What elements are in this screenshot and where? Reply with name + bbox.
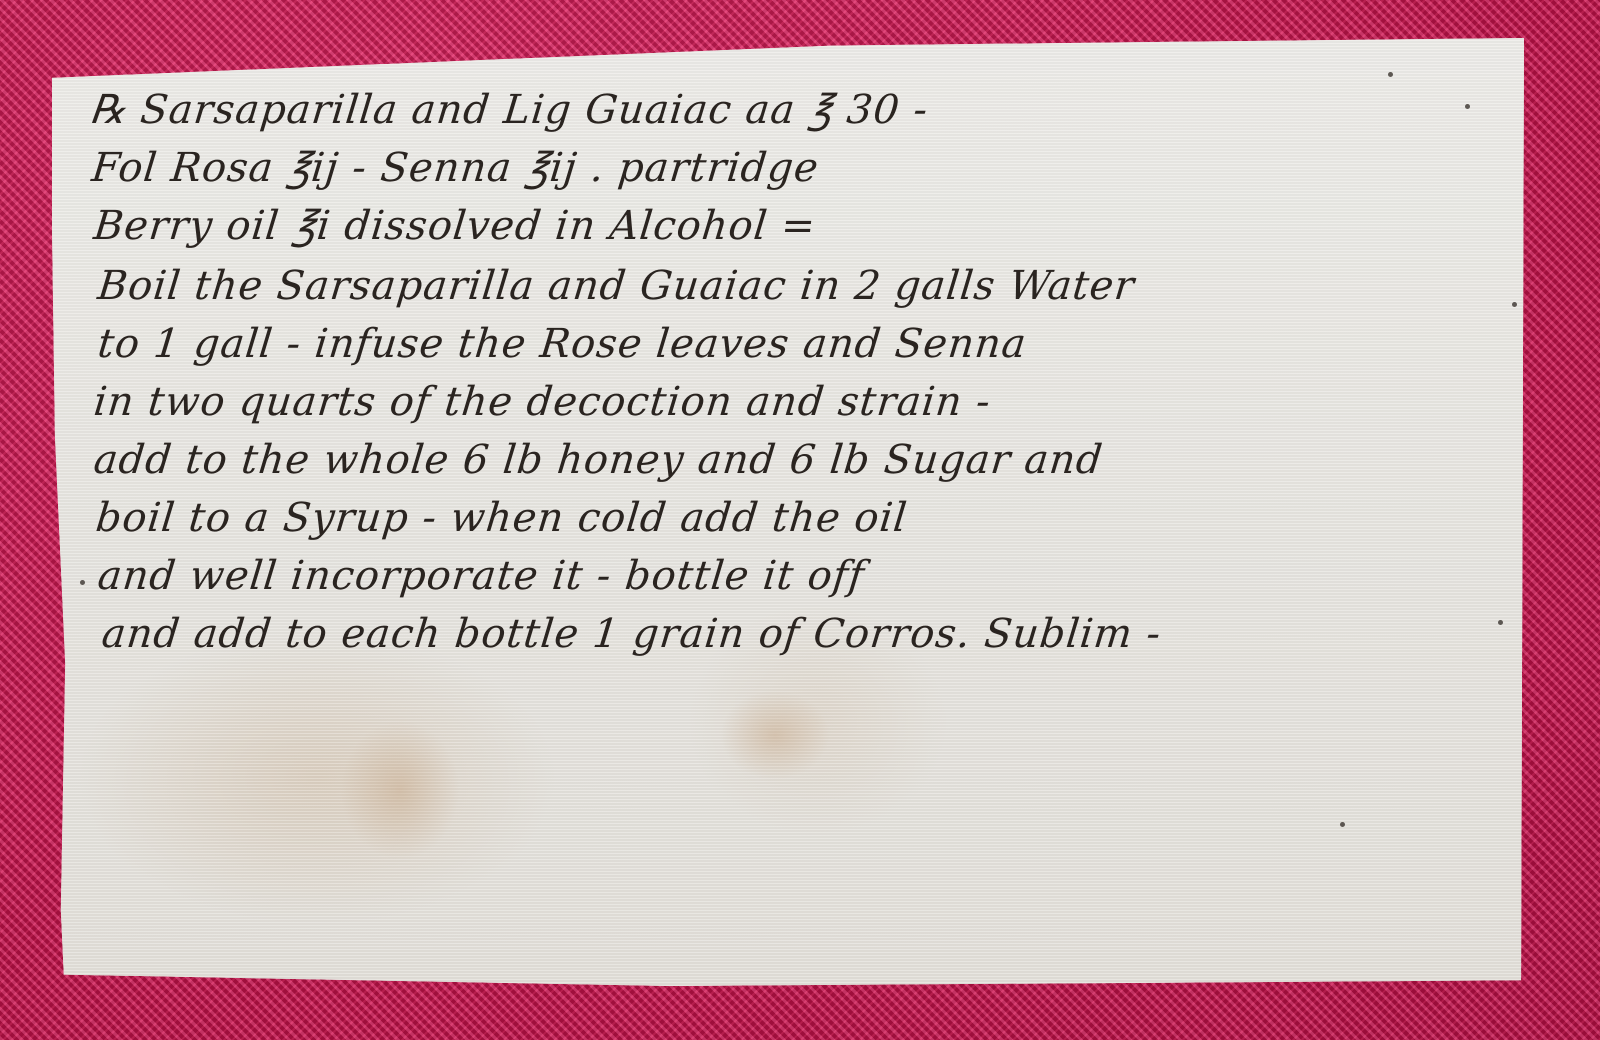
ink-speck bbox=[1512, 302, 1517, 307]
manuscript-line: Berry oil ℥i dissolved in Alcohol = bbox=[91, 198, 1477, 254]
manuscript-line: Boil the Sarsaparilla and Guaiac in 2 ga… bbox=[95, 258, 1481, 314]
ink-speck bbox=[1465, 104, 1470, 109]
manuscript-line: boil to a Syrup - when cold add the oil bbox=[93, 490, 1479, 546]
manuscript-line: and add to each bottle 1 grain of Corros… bbox=[99, 606, 1485, 662]
ink-speck bbox=[1340, 822, 1345, 827]
manuscript-text: ℞ Sarsaparilla and Lig Guaiac aa ℥ 30 - … bbox=[90, 82, 1470, 642]
manuscript-line: Fol Rosa ℥ij - Senna ℥ij . partridge bbox=[89, 140, 1475, 196]
ink-speck bbox=[1388, 72, 1393, 77]
water-stain bbox=[720, 690, 830, 780]
manuscript-line: to 1 gall - infuse the Rose leaves and S… bbox=[95, 316, 1481, 372]
ink-speck bbox=[80, 580, 85, 585]
manuscript-line: in two quarts of the decoction and strai… bbox=[91, 374, 1477, 430]
manuscript-line: add to the whole 6 lb honey and 6 lb Sug… bbox=[91, 432, 1477, 488]
manuscript-line: ℞ Sarsaparilla and Lig Guaiac aa ℥ 30 - bbox=[87, 82, 1473, 138]
manuscript-line: and well incorporate it - bottle it off bbox=[95, 548, 1481, 604]
water-stain bbox=[340, 720, 460, 860]
ink-speck bbox=[1498, 620, 1503, 625]
